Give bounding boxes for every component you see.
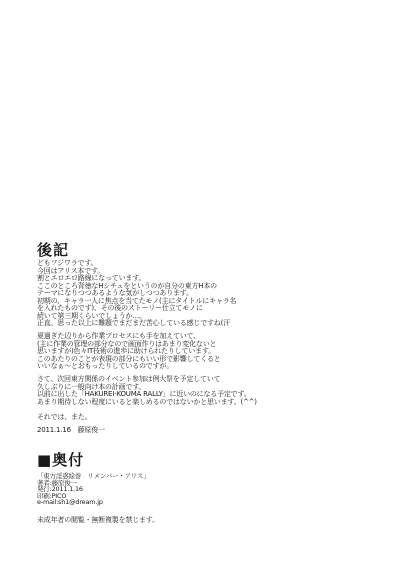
- afterword-paragraph-3: さて、次回東方関係のイベント参加は例大祭を予定していて 久しぶりに一般向け本の計…: [37, 376, 257, 406]
- text-line: いいなぁ～とおもったりしているのですが。: [37, 363, 221, 371]
- afterword-signature: 2011.1.16 藤原俊一: [37, 426, 105, 434]
- age-restriction-notice: 未成年者の閲覧・無断複製を禁じます。: [37, 516, 159, 524]
- colophon-details: 「東方淫惑絵巻 リメンバー・アリス」 著者:藤原俊一 発行:2011.1.16 …: [37, 473, 149, 506]
- afterword-paragraph-1: どもフジワラです。 今回はアリス本です。 割とエロエロ路線になっています。 ここ…: [37, 260, 236, 328]
- text-line: あまり期待しない程度にいると楽しめるのではないかと思います。(^^): [37, 399, 257, 407]
- text-line: 正直、思った以上に難題でまだまだ苦心している感じですね(汗: [37, 320, 236, 328]
- colophon-email: e-mail:sh1@dream.jp: [37, 499, 149, 506]
- afterword-closing: それでは、また。: [37, 413, 91, 421]
- afterword-paragraph-2: 夏過ぎた辺りから作業プロセスにも手を加えていて、 (主に作業の管理の部分なので画…: [37, 333, 221, 371]
- afterword-title: 後記: [37, 242, 69, 258]
- colophon-heading: ■奥付: [37, 452, 84, 468]
